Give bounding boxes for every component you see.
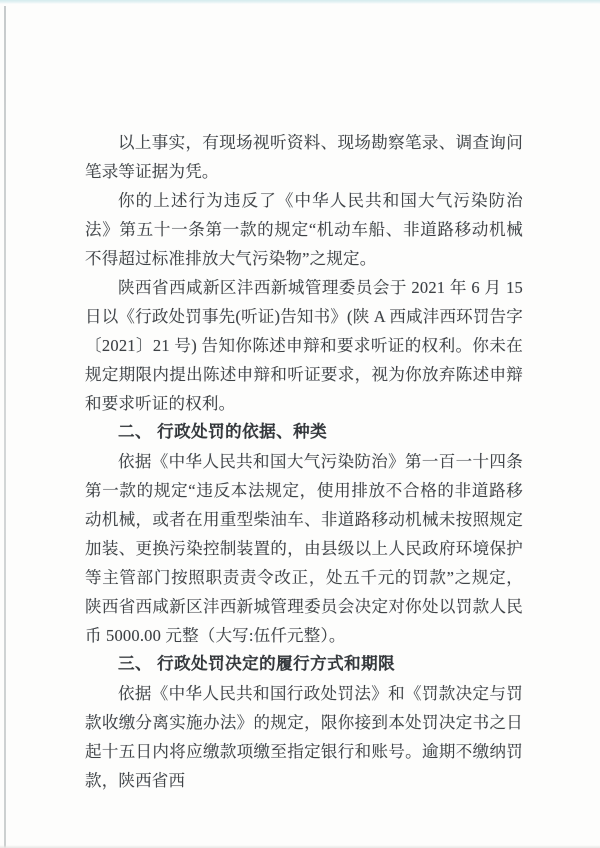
scan-left-edge-artifact: [4, 6, 6, 848]
scan-top-edge-artifact: [0, 0, 600, 4]
document-paragraph: 依据《中华人民共和国行政处罚法》和《罚款决定与罚款收缴分离实施办法》的规定，限你…: [85, 679, 523, 795]
document-paragraph: 依据《中华人民共和国大气污染防治》第一百一十四条第一款的规定“违反本法规定，使用…: [85, 447, 523, 650]
document-paragraph: 你的上述行为违反了《中华人民共和国大气污染防治法》第五十一条第一款的规定“机动车…: [85, 186, 523, 273]
section-heading: 三、 行政处罚决定的履行方式和期限: [85, 650, 523, 679]
document-paragraph: 以上事实，有现场视听资料、现场勘察笔录、调查询问笔录等证据为凭。: [85, 128, 523, 186]
document-paragraph: 陕西省西咸新区沣西新城管理委员会于 2021 年 6 月 15 日以《行政处罚事…: [85, 273, 523, 418]
document-body: 以上事实，有现场视听资料、现场勘察笔录、调查询问笔录等证据为凭。你的上述行为违反…: [85, 128, 523, 795]
section-heading: 二、 行政处罚的依据、种类: [85, 418, 523, 447]
scanned-document-page: 以上事实，有现场视听资料、现场勘察笔录、调查询问笔录等证据为凭。你的上述行为违反…: [0, 0, 600, 848]
